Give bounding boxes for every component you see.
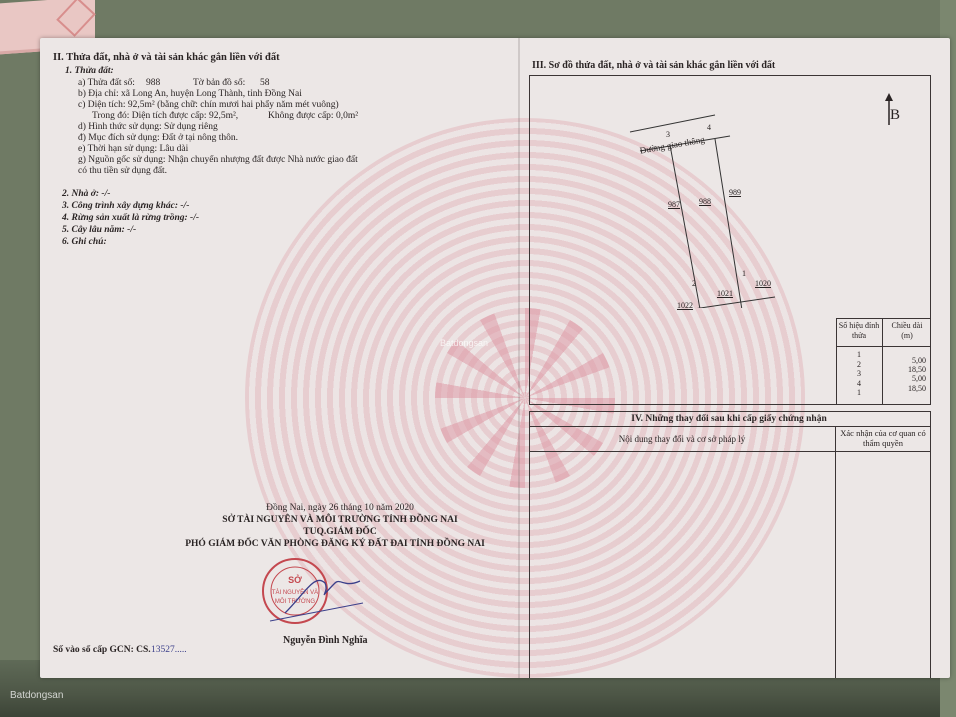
area: c) Diện tích: 92,5m² (bằng chữ: chín mươ… [78, 100, 339, 111]
svg-text:B: B [890, 107, 900, 123]
parcel-sketch: Đường giao thông [620, 98, 820, 308]
area-granted: Trong đó: Diện tích được cấp: 92,5m², [92, 111, 238, 122]
north-arrow-icon: B [880, 93, 900, 129]
address: b) Địa chỉ: xã Long An, huyện Long Thành… [78, 89, 302, 100]
construction-item: 3. Công trình xây dựng khác: -/- [62, 201, 189, 212]
signer-title: PHÓ GIÁM ĐỐC VĂN PHÒNG ĐĂNG KÝ ĐẤT ĐAI T… [140, 539, 530, 550]
length-col-header: Chiều dài (m) [886, 321, 928, 341]
svg-text:TÀI NGUYÊN VÀ: TÀI NGUYÊN VÀ [272, 588, 318, 596]
parcel-number-label: a) Thửa đất số: [78, 78, 135, 89]
parcel-1020: 1020 [755, 278, 771, 289]
section-iii-title: III. Sơ đồ thửa đất, nhà ở và tài sản kh… [532, 60, 775, 71]
notes-item: 6. Ghi chú: [62, 237, 107, 248]
usage-term: e) Thời hạn sử dụng: Lâu dài [78, 144, 188, 155]
usage-purpose: đ) Mục đích sử dụng: Đất ở tại nông thôn… [78, 133, 238, 144]
map-sheet-label: Tờ bản đồ số: [193, 78, 245, 89]
section-ii-title: II. Thửa đất, nhà ở và tài sản khác gắn … [53, 52, 280, 63]
signer-name: Nguyễn Đình Nghĩa [283, 635, 367, 646]
section-iv-title: IV. Những thay đổi sau khi cấp giấy chứn… [529, 414, 929, 425]
usage-form: d) Hình thức sử dụng: Sử dụng riêng [78, 122, 218, 133]
svg-text:SỞ: SỞ [288, 574, 302, 585]
parcel-988: 988 [699, 196, 711, 207]
parcel-1022: 1022 [677, 300, 693, 311]
issuing-authority: SỞ TÀI NGUYÊN VÀ MÔI TRƯỜNG TỈNH ĐỒNG NA… [180, 515, 500, 526]
vertex-2: 2 [692, 278, 696, 289]
house-item: 2. Nhà ở: -/- [62, 189, 110, 200]
page-fold [518, 38, 520, 678]
vertex-1: 1 [742, 268, 746, 279]
usage-origin-cont: có thu tiền sử dụng đất. [78, 166, 167, 177]
map-sheet-value: 58 [260, 78, 270, 89]
changes-confirmation-header: Xác nhận của cơ quan có thẩm quyền [840, 428, 926, 448]
parcel-subtitle: 1. Thửa đất: [65, 66, 114, 77]
area-not-granted: Không được cấp: 0,0m² [268, 111, 358, 122]
road-label: Đường giao thông [639, 134, 706, 155]
vertex-col-header: Số hiệu đỉnh thửa [837, 321, 881, 341]
vertex-4: 4 [707, 122, 711, 133]
watermark-center: Batdongsan [440, 338, 488, 348]
perennial-item: 5. Cây lâu năm: -/- [62, 225, 136, 236]
changes-content-header: Nội dung thay đổi và cơ sở pháp lý [529, 434, 835, 445]
watermark-logo: Batdongsan [10, 690, 63, 701]
parcel-1021: 1021 [717, 288, 733, 299]
forest-item: 4. Rừng sản xuất là rừng trồng: -/- [62, 213, 199, 224]
registry-label: Số vào sổ cấp GCN: CS. [53, 645, 151, 656]
parcel-number-value: 988 [146, 78, 160, 89]
on-behalf: TUQ.GIÁM ĐỐC [280, 527, 400, 538]
parcel-989: 989 [729, 187, 741, 198]
usage-origin: g) Nguồn gốc sử dụng: Nhận chuyển nhượng… [78, 155, 358, 166]
land-certificate-page: II. Thửa đất, nhà ở và tài sản khác gắn … [40, 38, 950, 678]
issue-date: Đồng Nai, ngày 26 tháng 10 năm 2020 [250, 503, 430, 514]
vertex-3: 3 [666, 129, 670, 140]
official-stamp: SỞ TÀI NGUYÊN VÀ MÔI TRƯỜNG [255, 553, 365, 633]
registry-number: 13527..... [151, 645, 187, 656]
parcel-987: 987 [668, 199, 680, 210]
